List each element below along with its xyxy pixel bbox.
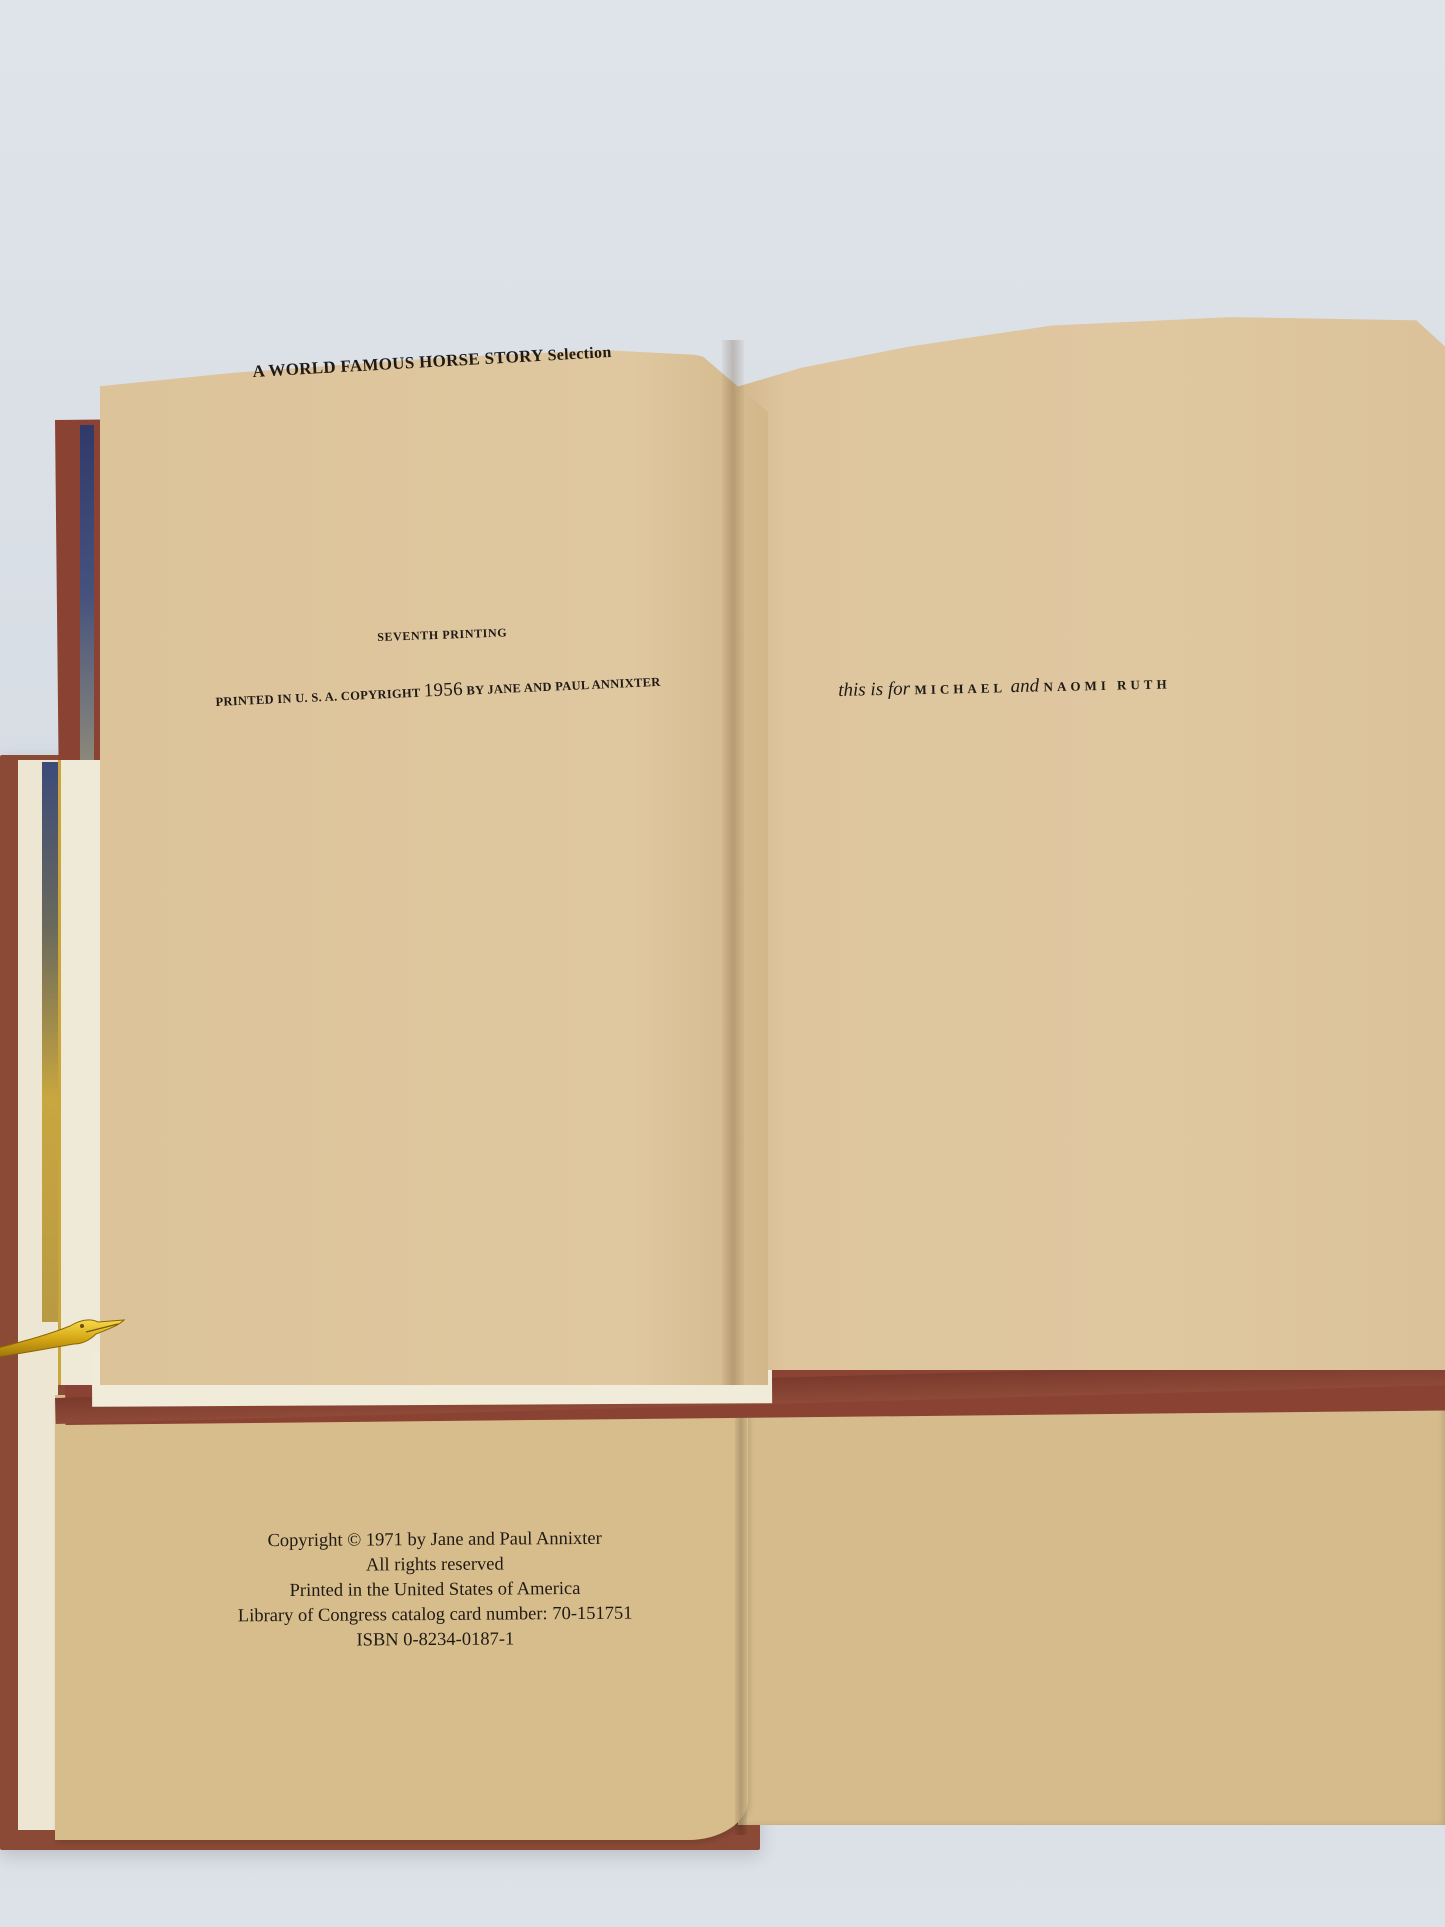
dedication-name-2: NAOMI RUTH [1043,676,1170,694]
dedication-lead: this is for [838,678,910,701]
lower-book-gutter [735,1385,747,1835]
series-suffix: Selection [547,344,612,365]
lower-book-right-page [738,1385,1445,1825]
copyright-year: 1956 [423,679,463,702]
isbn-line: ISBN 0-8234-0187-1 [205,1626,665,1654]
gold-bird-bookmark-icon [0,1310,130,1360]
rights-line: All rights reserved [205,1551,665,1579]
upper-book-endpaper [58,760,101,1385]
dedication-name-1: MICHAEL [914,680,1006,697]
dedication-conjunction: and [1010,675,1039,697]
copyright-line: Copyright © 1971 by Jane and Paul Annixt… [205,1526,665,1554]
printed-in-line: Printed in the United States of America [205,1576,665,1604]
upper-book-gutter [722,340,744,1385]
upper-book-left-page [100,350,768,1385]
upper-book-jacket-edge [80,425,94,765]
upper-book-right-page [730,315,1445,1370]
copyright-block: Copyright © 1971 by Jane and Paul Annixt… [205,1526,666,1654]
loc-catalog-line: Library of Congress catalog card number:… [205,1601,665,1629]
